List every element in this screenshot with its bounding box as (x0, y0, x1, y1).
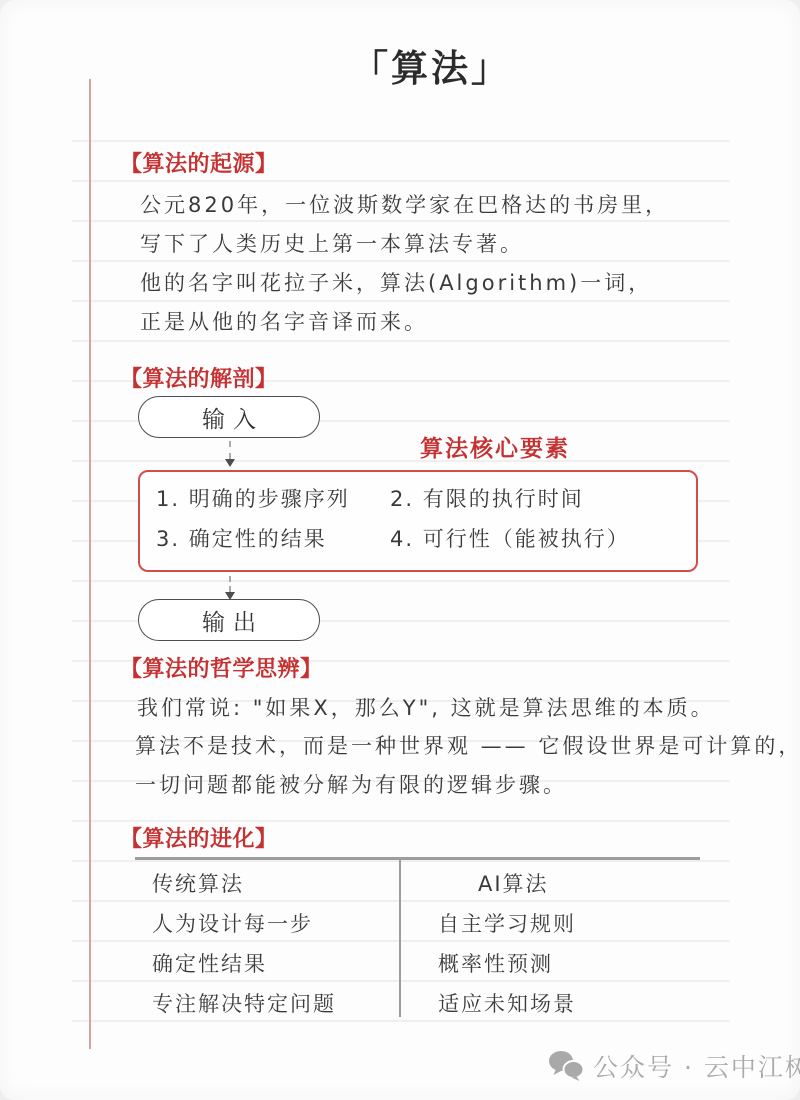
flow-node-input: 输入 (138, 396, 320, 438)
flow-node-output: 输出 (138, 599, 320, 641)
section-heading-philosophy: 【算法的哲学思辨】 (120, 652, 323, 683)
arrow-down-icon (225, 459, 235, 467)
table-header-ai: AI算法 (478, 868, 549, 898)
flow-connector-top (229, 441, 231, 459)
table-header-traditional: 传统算法 (152, 868, 244, 898)
page-title: 「算法」 (72, 38, 790, 92)
table-cell: 确定性结果 (152, 948, 267, 978)
core-item: 4. 可行性（能被执行） (390, 523, 630, 553)
origin-line: 正是从他的名字音译而来。 (140, 306, 428, 336)
section-heading-origin: 【算法的起源】 (120, 147, 278, 178)
core-elements-label: 算法核心要素 (420, 430, 570, 463)
origin-line: 他的名字叫花拉子米，算法(Algorithm)一词， (140, 267, 652, 297)
section-heading-evolution: 【算法的进化】 (120, 822, 278, 853)
table-column-divider (399, 860, 401, 1017)
footer-watermark: 公众号 · 云中江树 (548, 1048, 800, 1084)
section-heading-anatomy: 【算法的解剖】 (120, 362, 278, 393)
core-item: 3. 确定性的结果 (156, 523, 327, 553)
core-item: 1. 明确的步骤序列 (156, 483, 350, 513)
philosophy-line: 一切问题都能被分解为有限的逻辑步骤。 (135, 769, 567, 799)
origin-line: 公元820年，一位波斯数学家在巴格达的书房里， (140, 189, 669, 219)
flow-connector-bottom (229, 576, 231, 592)
table-cell: 概率性预测 (438, 948, 553, 978)
table-top-border (135, 857, 700, 860)
origin-line: 写下了人类历史上第一本算法专著。 (140, 228, 524, 258)
table-cell: 人为设计每一步 (152, 908, 313, 938)
philosophy-line: 算法不是技术，而是一种世界观 —— 它假设世界是可计算的， (135, 730, 800, 760)
margin-line (89, 79, 91, 1049)
table-cell: 专注解决特定问题 (152, 988, 336, 1018)
footer-label: 公众号 · 云中江树 (593, 1048, 800, 1084)
table-cell: 适应未知场景 (438, 988, 576, 1018)
core-item: 2. 有限的执行时间 (390, 483, 584, 513)
table-cell: 自主学习规则 (438, 908, 576, 938)
notebook-page: 「算法」 【算法的起源】 公元820年，一位波斯数学家在巴格达的书房里， 写下了… (0, 0, 800, 1100)
flow-node-output-label: 输出 (202, 604, 264, 637)
wechat-icon (548, 1050, 584, 1082)
philosophy-line: 我们常说: "如果X，那么Y", 这就是算法思维的本质。 (137, 692, 715, 722)
flow-node-input-label: 输入 (202, 401, 264, 434)
